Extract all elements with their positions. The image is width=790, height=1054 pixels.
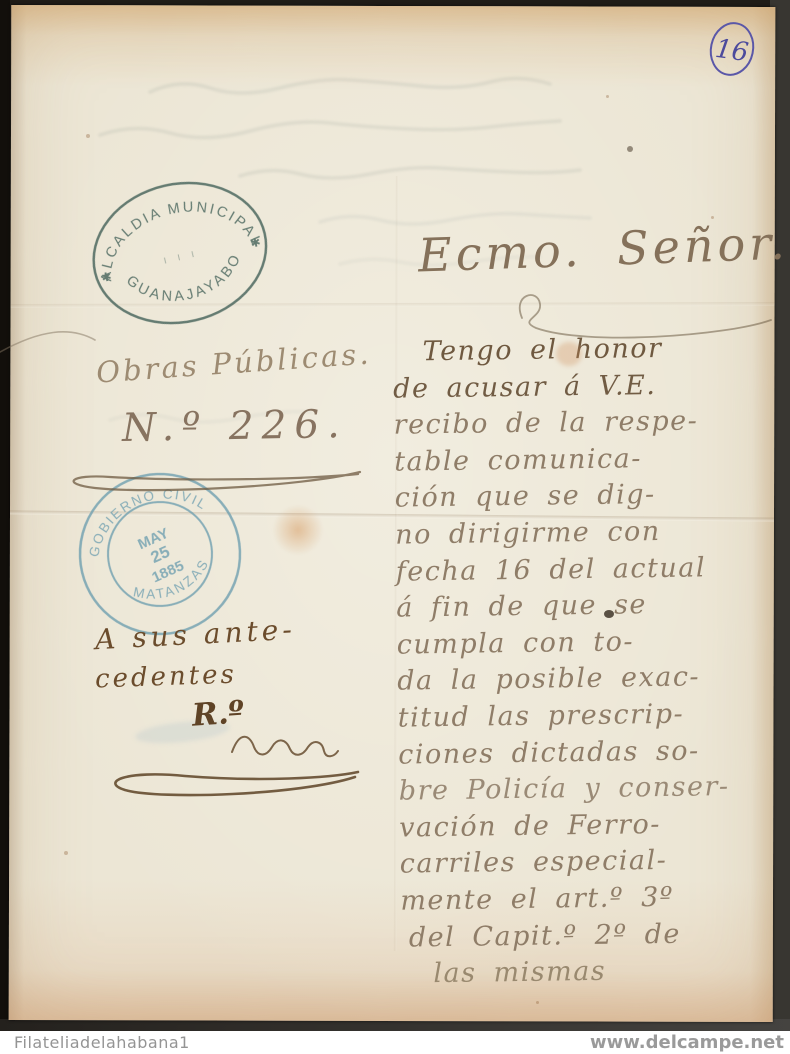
scanned-letter-photo: ALCALDIA MUNICIPAL GUANAJAYABO ✱ ✱ ı ı ı… — [0, 0, 790, 1054]
letter-body: Tengo el honor de acusar á V.E. recibo d… — [392, 329, 781, 993]
margin-note-abbreviation: R.º — [191, 694, 245, 734]
handwritten-line: Tengo el honor — [422, 329, 772, 370]
corner-number-text: 16 — [713, 34, 750, 68]
watermark-seller: Filateliadelahabana1 — [14, 1033, 190, 1052]
handwritten-line: á fin de que se — [396, 586, 776, 628]
corner-number-annotation: 16 — [706, 20, 758, 78]
handwritten-line: del Capit.º 2º de — [409, 915, 781, 957]
file-number: N.º 226. — [122, 402, 348, 451]
stamp-center-marks: ı ı ı — [162, 247, 199, 267]
handwritten-line: ciones dictadas so- — [398, 732, 778, 774]
handwritten-line: ción que se dig- — [394, 476, 774, 518]
handwritten-line: no dirigirme con — [395, 512, 775, 554]
handwritten-line: las mismas — [433, 951, 781, 992]
handwritten-line: carriles especial- — [400, 842, 780, 884]
handwritten-line: vación de Ferro- — [399, 805, 779, 847]
margin-note-line: cedentes — [95, 660, 238, 695]
handwritten-line: titud las prescrip- — [398, 695, 778, 737]
watermark-strip: Filateliadelahabana1 www.delcampe.net — [0, 1031, 790, 1054]
handwritten-line: de acusar á V.E. — [393, 366, 773, 408]
paper-stain — [272, 505, 324, 555]
handwritten-line: fecha 16 del actual — [395, 549, 775, 591]
handwritten-line: recibo de la respe- — [393, 403, 773, 445]
handwritten-line: cumpla con to- — [397, 622, 777, 664]
handwritten-line: da la posible exac- — [397, 659, 777, 701]
handwritten-line: bre Policía y conser- — [399, 768, 779, 810]
handwritten-line: mente el art.º 3º — [400, 878, 780, 920]
watermark-site: www.delcampe.net — [590, 1032, 784, 1053]
handwritten-line: table comunica- — [394, 439, 774, 481]
